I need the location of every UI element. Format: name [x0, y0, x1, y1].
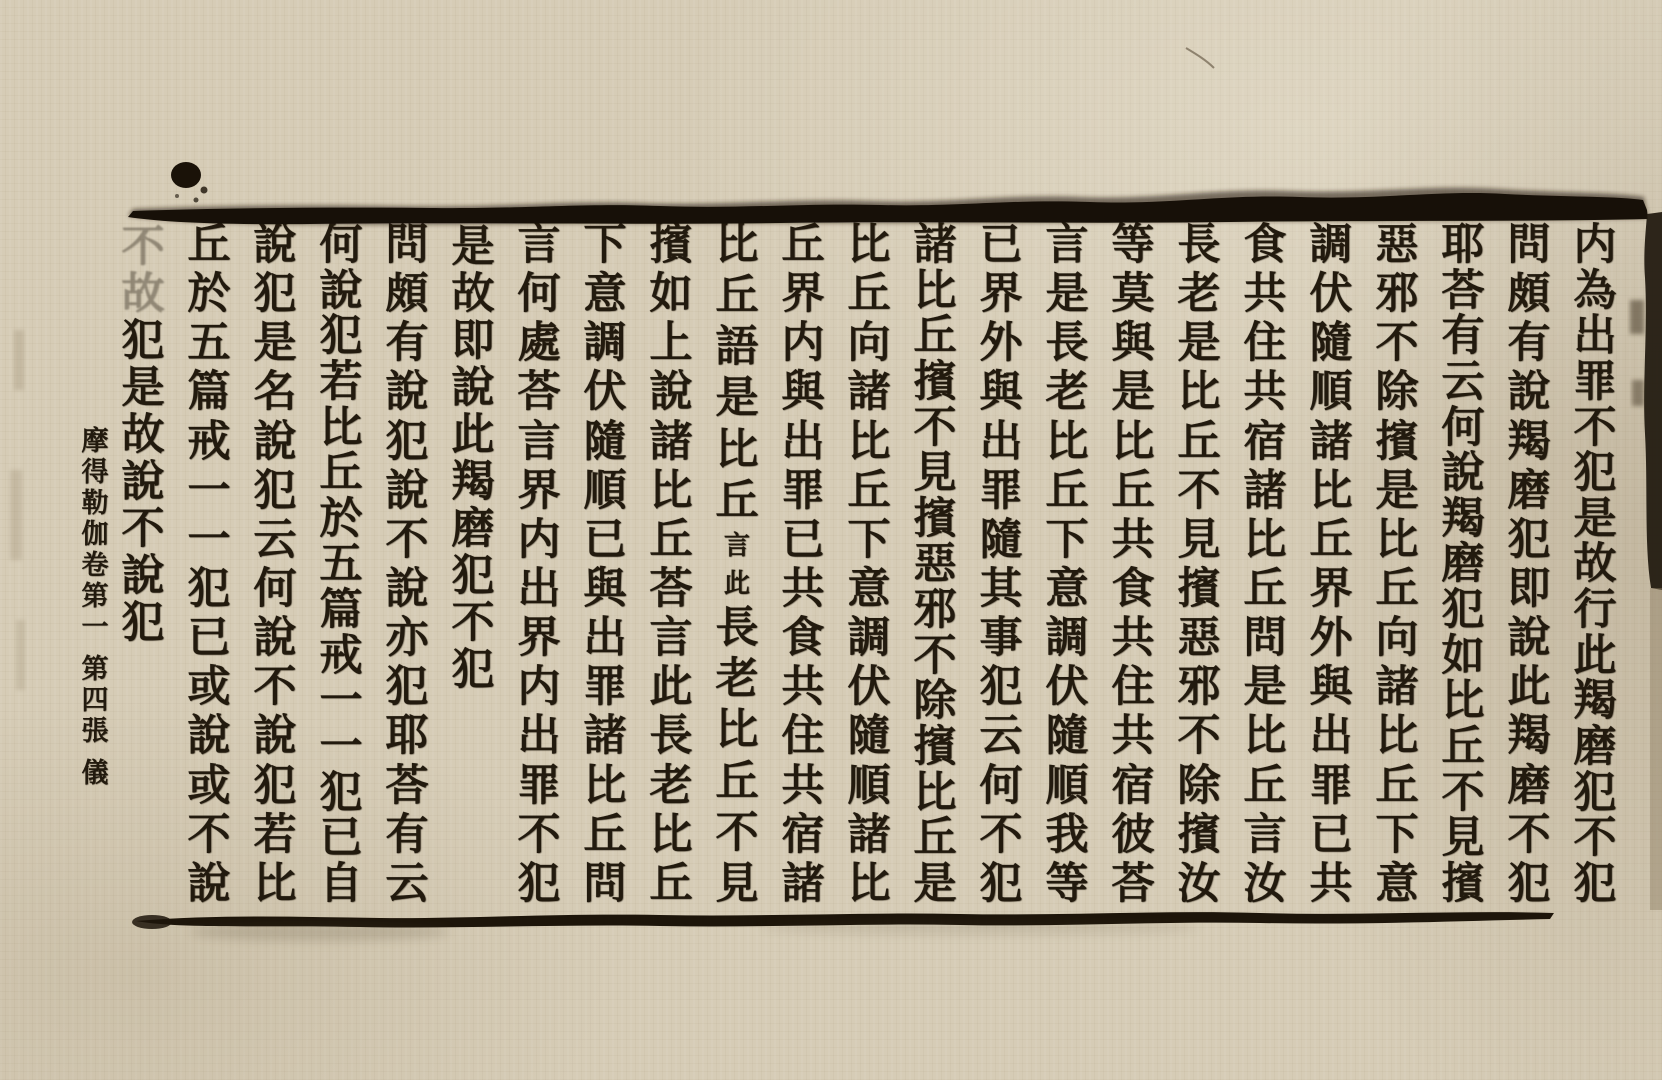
char: 出 [518, 715, 561, 758]
char: 罪 [980, 470, 1023, 513]
char: 或 [188, 765, 231, 808]
char: 比 [1244, 519, 1287, 562]
char: 說 [254, 715, 297, 758]
char: 一 [320, 726, 363, 769]
char: 汝 [1244, 863, 1287, 906]
char: 犯 [1574, 863, 1617, 906]
char: 不 [518, 814, 561, 857]
char: 比 [716, 224, 759, 267]
char: 篇 [188, 371, 231, 414]
char: 意 [584, 273, 627, 316]
char: 隨 [1310, 322, 1353, 365]
text-column: 不故犯是故說不說犯 [116, 224, 170, 906]
char: 擯 [914, 361, 957, 404]
char: 說 [254, 617, 297, 660]
char: 比 [650, 814, 693, 857]
char: 說 [188, 715, 231, 758]
char: 不 [1574, 407, 1617, 450]
char: 罪 [1310, 765, 1353, 808]
char: 邪 [914, 589, 957, 632]
char: 諸 [584, 715, 627, 758]
char: 丘 [716, 275, 759, 318]
char: 出 [518, 568, 561, 611]
char: 自 [320, 863, 363, 906]
char: 摩 [82, 426, 109, 457]
char: 伏 [1046, 666, 1089, 709]
char: 是 [1112, 371, 1155, 414]
char: 有 [1508, 322, 1551, 365]
char: 是 [1574, 498, 1617, 541]
char: 若 [254, 814, 297, 857]
volume-label-part: 儀 [82, 758, 109, 789]
char: 丘 [1178, 421, 1221, 464]
char: 罪 [782, 470, 825, 513]
text-column: 内為出罪不犯是故行此羯磨犯不犯 [1568, 224, 1622, 906]
text-column: 丘界内與出罪已共食共住共宿諸 [776, 224, 830, 906]
char: 比 [650, 470, 693, 513]
char: 諸 [848, 814, 891, 857]
char: 是 [452, 224, 495, 271]
char: 是 [1178, 322, 1221, 365]
char: 比 [1442, 680, 1485, 723]
volume-label-part: 第四張 [82, 654, 109, 747]
char: 與 [980, 371, 1023, 414]
char: 不 [386, 519, 429, 562]
char: 惡 [1376, 224, 1419, 267]
char: 是 [1046, 273, 1089, 316]
char: 伏 [1310, 273, 1353, 316]
char: 共 [782, 568, 825, 611]
char: 擯 [1178, 568, 1221, 611]
right-edge-tear [1644, 212, 1662, 590]
char: 宿 [1112, 765, 1155, 808]
char: 比 [716, 709, 759, 752]
char: 比 [848, 421, 891, 464]
char: 事 [980, 617, 1023, 660]
char: 頗 [386, 273, 429, 316]
char: 伽 [82, 519, 109, 550]
char: 擯 [1442, 863, 1485, 906]
bleed-mark [16, 620, 25, 690]
char: 張 [82, 716, 109, 747]
char: 亦 [386, 617, 429, 660]
char: 勒 [82, 488, 109, 519]
char: 比 [848, 863, 891, 906]
char: 五 [188, 322, 231, 365]
text-column: 是故即說此羯磨犯不犯 [446, 224, 500, 906]
char: 除 [1178, 765, 1221, 808]
text-column: 說犯是名說犯云何說不說犯若比 [248, 224, 302, 906]
char: 邪 [1178, 666, 1221, 709]
char: 不 [914, 407, 957, 450]
char: 食 [1244, 224, 1287, 267]
char: 已 [1310, 814, 1353, 857]
char: 界 [782, 273, 825, 316]
char: 長 [650, 715, 693, 758]
char: 惡 [1178, 617, 1221, 660]
right-edge-mark [1630, 300, 1644, 334]
char: 有 [386, 322, 429, 365]
char: 言 [724, 533, 750, 559]
char: 為 [1574, 270, 1617, 313]
char: 說 [254, 421, 297, 464]
char: 諸 [782, 863, 825, 906]
char: 得 [82, 457, 109, 488]
char: 如 [1442, 635, 1485, 678]
ink-blot [171, 162, 201, 188]
char: 云 [1442, 361, 1485, 404]
bottom-rule-smudge [190, 923, 450, 941]
right-edge-tear-lower [1650, 588, 1662, 910]
char: 問 [1244, 617, 1287, 660]
char: 意 [1376, 863, 1419, 906]
char: 住 [782, 715, 825, 758]
char: 外 [1310, 617, 1353, 660]
char: 等 [1046, 863, 1089, 906]
char: 何 [254, 568, 297, 611]
char: 說 [1508, 617, 1551, 660]
char: 罪 [518, 765, 561, 808]
char: 一 [82, 612, 109, 643]
char: 若 [320, 361, 363, 404]
text-column: 問頗有說犯說不說亦犯耶荅有云 [380, 224, 434, 906]
char: 丘 [1244, 568, 1287, 611]
right-edge-mark [1632, 380, 1644, 406]
ink-blot-dot [194, 198, 199, 203]
char: 犯 [320, 315, 363, 358]
char: 出 [782, 421, 825, 464]
text-column: 下意調伏隨順已與出罪諸比丘問 [578, 224, 632, 906]
char: 犯 [1508, 863, 1551, 906]
char: 界 [980, 273, 1023, 316]
char: 順 [848, 765, 891, 808]
char: 即 [452, 318, 495, 365]
char: 此 [1508, 666, 1551, 709]
char: 丘 [1376, 568, 1419, 611]
char: 耶 [1442, 224, 1485, 267]
char: 界 [518, 617, 561, 660]
char: 犯 [1442, 589, 1485, 632]
char: 不 [716, 812, 759, 855]
char: 犯 [1574, 452, 1617, 495]
char: 已 [782, 519, 825, 562]
char: 犯 [254, 470, 297, 513]
text-column: 惡邪不除擯是比丘向諸比丘下意 [1370, 224, 1424, 906]
char: 磨 [1508, 765, 1551, 808]
char: 荅 [1442, 270, 1485, 313]
char: 伏 [848, 666, 891, 709]
char: 見 [1442, 817, 1485, 860]
char: 擯 [1376, 421, 1419, 464]
char: 不 [1442, 772, 1485, 815]
char: 内 [518, 666, 561, 709]
char: 比 [1310, 470, 1353, 513]
char: 丘 [848, 273, 891, 316]
text-column: 何說犯若比丘於五篇戒一一犯已自 [314, 224, 368, 906]
char: 宿 [1244, 421, 1287, 464]
char: 與 [584, 568, 627, 611]
char: 說 [1508, 371, 1551, 414]
text-column: 丘於五篇戒一一犯已或說或不說 [182, 224, 236, 906]
char: 共 [1244, 371, 1287, 414]
char: 不 [1376, 322, 1419, 365]
char: 住 [1244, 322, 1287, 365]
char: 說 [122, 459, 165, 506]
char: 順 [584, 470, 627, 513]
char: 不 [1178, 470, 1221, 513]
char: 犯 [980, 863, 1023, 906]
text-block: 内為出罪不犯是故行此羯磨犯不犯問頗有說羯磨犯即說此羯磨不犯耶荅有云何說羯磨犯如比… [116, 224, 1622, 906]
char: 此 [1574, 635, 1617, 678]
char: 此 [452, 412, 495, 459]
char: 界 [518, 470, 561, 513]
char: 是 [914, 863, 957, 906]
char: 羯 [1574, 680, 1617, 723]
text-column: 調伏隨順諸比丘界外與出罪已共 [1304, 224, 1358, 906]
char: 丘 [1376, 765, 1419, 808]
char: 即 [1508, 568, 1551, 611]
char: 老 [716, 658, 759, 701]
char: 比 [914, 772, 957, 815]
char: 頗 [1508, 273, 1551, 316]
char: 與 [1310, 666, 1353, 709]
char: 已 [584, 519, 627, 562]
char: 罪 [1574, 361, 1617, 404]
char: 丘 [1046, 470, 1089, 513]
char: 犯 [1574, 772, 1617, 815]
char: 比 [1376, 715, 1419, 758]
bottom-rule-blob [132, 915, 172, 929]
char: 問 [386, 224, 429, 267]
char: 丘 [1244, 765, 1287, 808]
char: 犯 [386, 666, 429, 709]
char: 說 [386, 470, 429, 513]
top-border-rule [128, 193, 1648, 224]
char: 言 [1244, 814, 1287, 857]
char: 丘 [188, 224, 231, 267]
char: 犯 [122, 600, 165, 647]
char: 調 [584, 322, 627, 365]
char: 比 [1244, 715, 1287, 758]
char: 篇 [320, 589, 363, 632]
char: 犯 [452, 553, 495, 600]
char: 說 [122, 553, 165, 600]
char: 見 [716, 863, 759, 906]
char: 下 [1046, 519, 1089, 562]
char: 何 [1442, 407, 1485, 450]
text-column: 已界外與出罪隨其事犯云何不犯 [974, 224, 1028, 906]
char: 邪 [1376, 273, 1419, 316]
char: 語 [716, 326, 759, 369]
char: 犯 [386, 421, 429, 464]
char: 有 [1442, 315, 1485, 358]
char: 食 [1112, 568, 1155, 611]
char: 共 [1244, 273, 1287, 316]
char: 言 [1046, 224, 1089, 267]
char: 耶 [386, 715, 429, 758]
char: 老 [650, 765, 693, 808]
char: 丘 [650, 519, 693, 562]
char: 擯 [914, 726, 957, 769]
char: 諸 [848, 371, 891, 414]
char: 擯 [650, 224, 693, 267]
char: 犯 [1508, 519, 1551, 562]
text-column: 言何處荅言界内出界内出罪不犯 [512, 224, 566, 906]
char: 犯 [980, 666, 1023, 709]
char: 已 [188, 617, 231, 660]
text-column: 比丘語是比丘言此長老比丘不見 [710, 224, 764, 906]
char: 犯 [452, 647, 495, 694]
char: 汝 [1178, 863, 1221, 906]
char: 等 [1112, 224, 1155, 267]
char: 見 [914, 452, 957, 495]
char: 不 [980, 814, 1023, 857]
char: 荅 [518, 371, 561, 414]
ink-blot-dot [201, 187, 208, 194]
char: 羯 [1508, 715, 1551, 758]
char: 有 [386, 814, 429, 857]
char: 何 [518, 273, 561, 316]
char: 問 [1508, 224, 1551, 267]
char: 丘 [1442, 726, 1485, 769]
char: 儀 [82, 758, 109, 789]
char: 磨 [1442, 543, 1485, 586]
char: 内 [782, 322, 825, 365]
char: 一 [320, 680, 363, 723]
char: 共 [1112, 519, 1155, 562]
char: 已 [320, 817, 363, 860]
char: 意 [848, 568, 891, 611]
char: 除 [1376, 371, 1419, 414]
char: 說 [386, 371, 429, 414]
char: 是 [122, 365, 165, 412]
char: 共 [1310, 863, 1353, 906]
char: 第 [82, 581, 109, 612]
char: 隨 [1046, 715, 1089, 758]
char: 行 [1574, 589, 1617, 632]
text-column: 耶荅有云何說羯磨犯如比丘不見擯 [1436, 224, 1490, 906]
char: 惡 [914, 543, 957, 586]
bottom-rule-smudge [760, 921, 1200, 935]
char: 戒 [188, 421, 231, 464]
char: 比 [848, 224, 891, 267]
char: 云 [980, 715, 1023, 758]
char: 比 [914, 270, 957, 313]
char: 故 [452, 271, 495, 318]
char: 或 [188, 666, 231, 709]
char: 說 [386, 568, 429, 611]
char: 云 [254, 519, 297, 562]
char: 出 [980, 421, 1023, 464]
char: 不 [452, 600, 495, 647]
char: 順 [1046, 765, 1089, 808]
char: 丘 [914, 315, 957, 358]
char: 言 [518, 421, 561, 464]
char: 諸 [1310, 421, 1353, 464]
char: 諸 [650, 421, 693, 464]
text-column: 問頗有說羯磨犯即說此羯磨不犯 [1502, 224, 1556, 906]
char: 調 [848, 617, 891, 660]
char: 順 [1310, 371, 1353, 414]
char: 一 [188, 519, 231, 562]
char: 隨 [848, 715, 891, 758]
char: 第 [82, 654, 109, 685]
char: 比 [1112, 421, 1155, 464]
char: 言 [650, 617, 693, 660]
char: 問 [584, 863, 627, 906]
char: 隨 [980, 519, 1023, 562]
char: 荅 [386, 765, 429, 808]
char: 比 [716, 429, 759, 472]
text-column: 諸比丘擯不見擯惡邪不除擯比丘是 [908, 224, 962, 906]
char: 老 [1046, 371, 1089, 414]
char: 何 [980, 765, 1023, 808]
char: 不 [914, 635, 957, 678]
char: 彼 [1112, 814, 1155, 857]
char: 下 [1376, 814, 1419, 857]
char: 犯 [254, 273, 297, 316]
char: 界 [1310, 568, 1353, 611]
scratch-mark [1186, 48, 1214, 68]
text-column: 擯如上說諸比丘荅言此長老比丘 [644, 224, 698, 906]
char: 我 [1046, 814, 1089, 857]
char: 故 [122, 271, 165, 318]
char: 處 [518, 322, 561, 365]
char: 比 [254, 863, 297, 906]
char: 共 [1112, 715, 1155, 758]
char: 丘 [716, 480, 759, 523]
char: 如 [650, 273, 693, 316]
char: 犯 [122, 318, 165, 365]
char: 已 [980, 224, 1023, 267]
char: 下 [584, 224, 627, 267]
char: 此 [724, 571, 750, 597]
text-column: 言是長老比丘下意調伏隨順我等 [1040, 224, 1094, 906]
char: 不 [188, 814, 231, 857]
char: 丘 [848, 470, 891, 513]
char: 諸 [914, 224, 957, 267]
volume-label-column: 摩得勒伽卷第一第四張儀 [74, 426, 116, 789]
char: 向 [848, 322, 891, 365]
char: 於 [320, 498, 363, 541]
char: 不 [1178, 715, 1221, 758]
char: 比 [1178, 371, 1221, 414]
char: 戒 [320, 635, 363, 678]
char: 丘 [914, 817, 957, 860]
char: 長 [716, 607, 759, 650]
char: 說 [650, 371, 693, 414]
char: 不 [1508, 814, 1551, 857]
char: 其 [980, 568, 1023, 611]
char: 調 [1310, 224, 1353, 267]
char: 此 [650, 666, 693, 709]
char: 共 [1112, 617, 1155, 660]
char: 莫 [1112, 273, 1155, 316]
char: 何 [320, 224, 363, 267]
char: 犯 [254, 765, 297, 808]
char: 故 [122, 412, 165, 459]
char: 磨 [1574, 726, 1617, 769]
char: 犯 [518, 863, 561, 906]
bleed-mark [14, 330, 24, 390]
char: 說 [254, 224, 297, 267]
char: 是 [716, 377, 759, 420]
char: 不 [122, 506, 165, 553]
ink-blot-dot [175, 194, 179, 198]
char: 荅 [650, 568, 693, 611]
char: 丘 [1112, 470, 1155, 513]
volume-label-part: 摩得勒伽卷第一 [82, 426, 109, 643]
